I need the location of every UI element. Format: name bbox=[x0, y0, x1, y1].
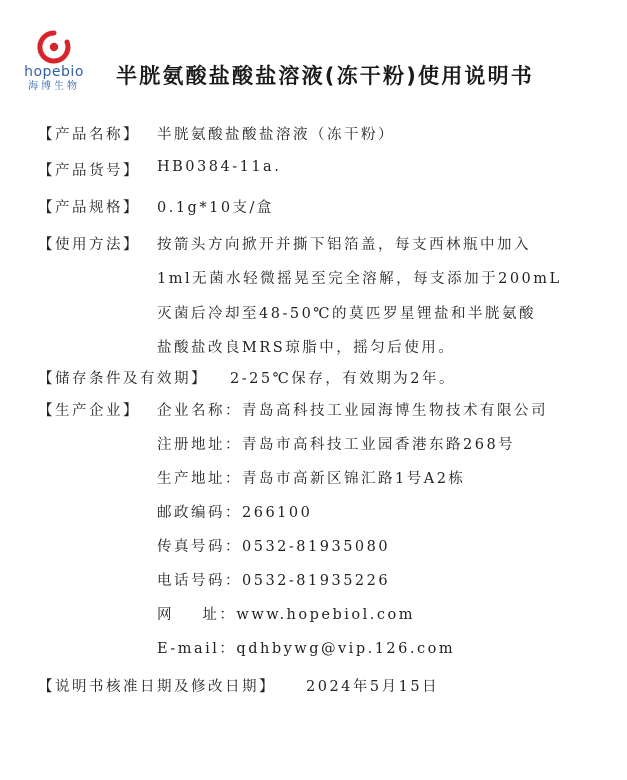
approval-date-value: 2024年5月15日 bbox=[306, 675, 439, 696]
specification-row: 【产品规格】 0.1g*10支/盒 bbox=[38, 196, 140, 217]
specification-label: 【产品规格】 bbox=[38, 196, 140, 217]
manufacturer-production-address: 生产地址：青岛市高新区锦汇路1号A2栋 bbox=[157, 467, 465, 488]
logo-ring-icon bbox=[34, 30, 74, 64]
manufacturer-company-name: 企业名称：青岛高科技工业园海博生物技术有限公司 bbox=[157, 399, 548, 420]
manufacturer-row: 【生产企业】 bbox=[38, 399, 140, 420]
logo-brand-cn: 海博生物 bbox=[16, 81, 92, 93]
usage-line: 按箭头方向掀开并撕下铝箔盖，每支西林瓶中加入 bbox=[157, 233, 531, 254]
manufacturer-email: E-mail：qdhbywg@vip.126.com bbox=[157, 637, 455, 658]
product-code-value: HB0384-11a. bbox=[157, 159, 281, 175]
manufacturer-postal-code: 邮政编码：266100 bbox=[157, 501, 312, 522]
manufacturer-phone: 电话号码：0532-81935226 bbox=[157, 569, 390, 590]
logo-brand-en: hopebio bbox=[16, 64, 92, 80]
usage-label: 【使用方法】 bbox=[38, 233, 140, 254]
manufacturer-label: 【生产企业】 bbox=[38, 399, 140, 420]
manufacturer-website: 网 址：www.hopebiol.com bbox=[157, 603, 415, 624]
product-code-row: 【产品货号】 HB0384-11a. bbox=[38, 159, 140, 180]
storage-label: 【储存条件及有效期】 bbox=[38, 367, 208, 388]
company-logo: hopebio 海博生物 bbox=[14, 30, 94, 96]
product-name-label: 【产品名称】 bbox=[38, 123, 140, 144]
storage-row: 【储存条件及有效期】 2-25℃保存，有效期为2年。 bbox=[38, 367, 208, 388]
specification-value: 0.1g*10支/盒 bbox=[157, 196, 274, 217]
product-name-row: 【产品名称】 半胱氨酸盐酸盐溶液（冻干粉） bbox=[38, 123, 140, 144]
storage-value: 2-25℃保存，有效期为2年。 bbox=[230, 367, 456, 388]
usage-row: 【使用方法】 bbox=[38, 233, 140, 254]
manufacturer-fax: 传真号码：0532-81935080 bbox=[157, 535, 390, 556]
document-title: 半胱氨酸盐酸盐溶液(冻干粉)使用说明书 bbox=[116, 60, 534, 90]
approval-date-row: 【说明书核准日期及修改日期】 2024年5月15日 bbox=[38, 675, 276, 696]
usage-line: 灭菌后冷却至48-50℃的莫匹罗星锂盐和半胱氨酸 bbox=[157, 302, 536, 323]
manufacturer-registered-address: 注册地址：青岛市高科技工业园香港东路268号 bbox=[157, 433, 515, 454]
product-code-label: 【产品货号】 bbox=[38, 159, 140, 180]
product-name-value: 半胱氨酸盐酸盐溶液（冻干粉） bbox=[157, 123, 395, 144]
approval-date-label: 【说明书核准日期及修改日期】 bbox=[38, 675, 276, 696]
usage-line: 1ml无菌水轻微摇晃至完全溶解，每支添加于200mL bbox=[157, 267, 562, 288]
usage-line: 盐酸盐改良MRS琼脂中，摇匀后使用。 bbox=[157, 336, 455, 357]
